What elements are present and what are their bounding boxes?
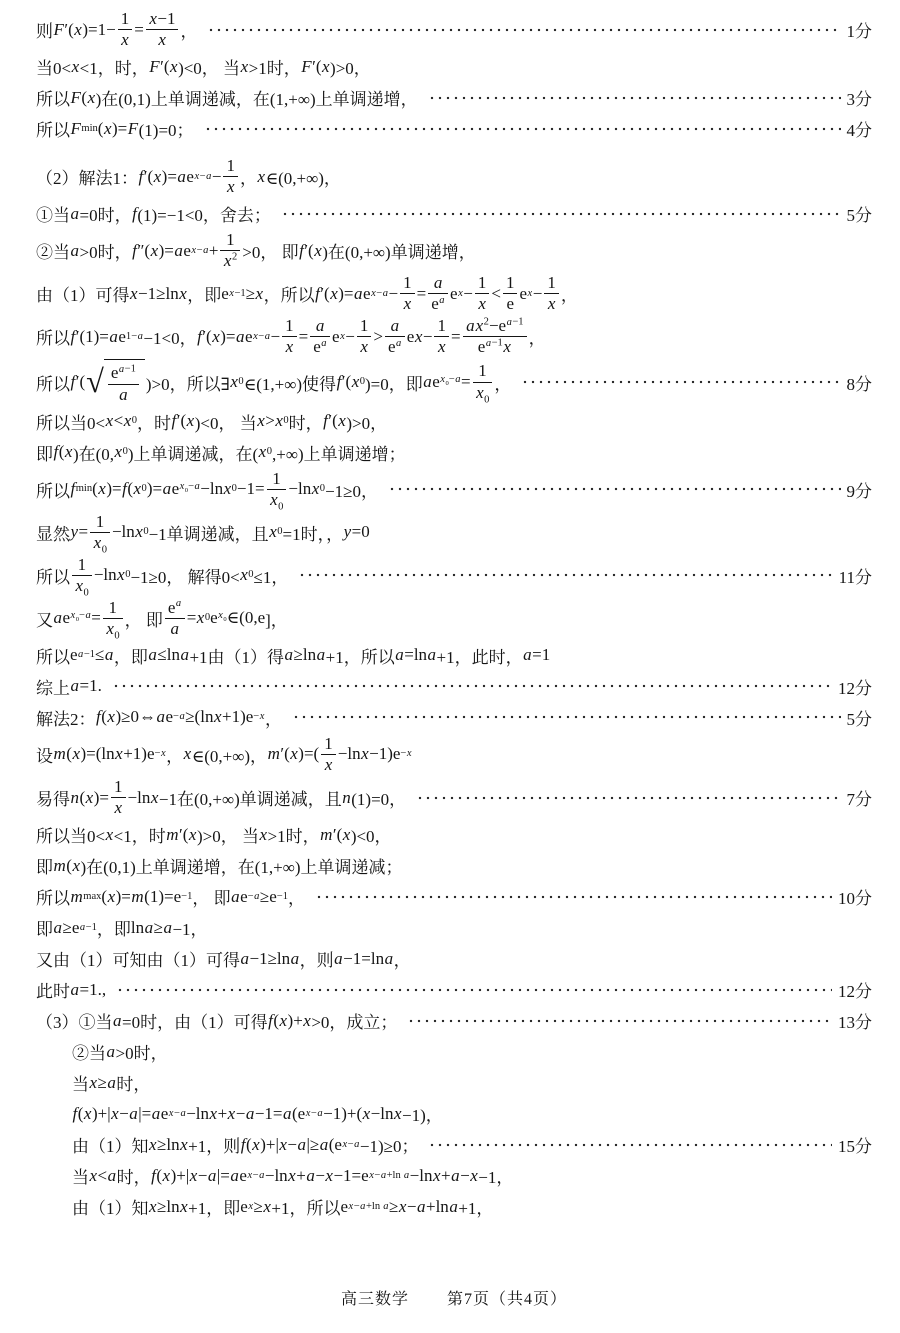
dotted-leader [428, 1135, 832, 1154]
math-content: 当x<a时， f(x)+|x−a|=aex−a−ln x+a−x−1=ex−a+… [72, 1163, 513, 1188]
solution-line: 此时a=1.,12分 [36, 975, 872, 1004]
footer-course-label: 高三数学 [341, 1286, 409, 1309]
math-content: 显然y=1x0−ln x0−1单调递减，且x0=1时，， y=0 [36, 512, 370, 553]
math-content: 综上a=1. [36, 674, 102, 699]
score-label: 1分 [847, 17, 873, 42]
dotted-leader [521, 373, 840, 392]
score-label: 12分 [838, 674, 872, 699]
math-content: ②当a>0时， [72, 1039, 168, 1064]
math-content: 解法2： f(x)≥0⇔ae−a≥(ln x+1)e−x， [36, 705, 282, 730]
solution-line: 又aex0−a=1x0， 即eaa=x0ex0∈(0,e]， [36, 598, 872, 639]
math-content: 由（1）知x≥ln x+1，即ex≥x+1，所以ex−a+ln a≥x−a+ln… [72, 1194, 493, 1219]
math-content: ②当a>0时， f″(x)=aex−a+1x2>0， 即f′(x)在(0,+∞)… [36, 230, 476, 271]
solution-line: 又由（1）可知由（1）可得a−1≥ln a，则a−1=ln a， [36, 944, 872, 973]
math-content: 又由（1）可知由（1）可得a−1≥ln a，则a−1=ln a， [36, 946, 411, 971]
math-content: 由（1）可得x−1≥ln x，即ex−1≥x，所以f′(x)=aex−a−1x=… [36, 273, 578, 314]
solution-line: （3）①当a=0时，由（1）可得f(x)+x>0，成立；13分 [36, 1006, 872, 1035]
dotted-leader [281, 204, 841, 223]
solution-line: 所以f′(√ea−1a)>0，所以∃x0∈(1,+∞)使得f′(x0)=0，即a… [36, 359, 872, 404]
solution-line: 当0<x<1，时， F′(x)<0， 当x>1时， F′(x)>0， [36, 52, 872, 81]
math-content: 所以当0<x<1，时m′(x)>0， 当x>1时， m′(x)<0， [36, 822, 392, 847]
dotted-leader [207, 20, 840, 39]
math-content: 即f(x)在(0,x0)上单调递减，在(x0,+∞)上单调递增； [36, 440, 406, 465]
solution-line: 由（1）知x≥ln x+1，即ex≥x+1，所以ex−a+ln a≥x−a+ln… [36, 1192, 872, 1221]
solution-line: 所以当0<x<1，时m′(x)>0， 当x>1时， m′(x)<0， [36, 820, 872, 849]
score-label: 3分 [847, 85, 873, 110]
dotted-leader [388, 480, 841, 499]
solution-line: 当x≥a时， [36, 1068, 872, 1097]
solution-line: （2）解法1： f′(x)=aex−a−1x， x∈(0,+∞)， [36, 156, 872, 197]
solution-line: 即a≥ea−1，即ln a≥a−1， [36, 913, 872, 942]
score-label: 9分 [847, 477, 873, 502]
math-content: 又aex0−a=1x0， 即eaa=x0ex0∈(0,e]， [36, 598, 288, 639]
solution-lines: 则F′(x)=1−1x=x−1x，1分当0<x<1，时， F′(x)<0， 当x… [36, 8, 872, 1222]
dotted-leader [407, 1011, 832, 1030]
score-label: 13分 [838, 1008, 872, 1033]
score-label: 12分 [838, 977, 872, 1002]
math-content: 即m(x)在(0,1)上单调递增，在(1,+∞)上单调递减； [36, 853, 403, 878]
math-content: 所以f′(√ea−1a)>0，所以∃x0∈(1,+∞)使得f′(x0)=0，即a… [36, 359, 511, 404]
solution-line: 所以fmin(x)=f(x0)=aex0−a−ln x0−1=1x0−ln x0… [36, 469, 872, 510]
math-content: f(x)+|x−a|=aex−a−ln x+x−a−1=a(ex−a−1)+(x… [72, 1101, 443, 1126]
dotted-leader [112, 677, 832, 696]
math-content: 所以f′(1)=ae1−a−1<0， f′(x)=aex−a−1x=aeaex−… [36, 316, 546, 357]
solution-line: 显然y=1x0−ln x0−1单调递减，且x0=1时，， y=0 [36, 512, 872, 553]
page-footer: 高三数学 第7页（共4页） [341, 1286, 567, 1309]
score-label: 4分 [847, 116, 873, 141]
math-content: 所以F(x)在(0,1)上单调递减，在(1,+∞)上单调递增， [36, 85, 418, 110]
math-content: 易得n(x)=1x−ln x−1在(0,+∞)单调递减，且n(1)=0， [36, 777, 406, 818]
solution-line: 所以mmax(x)=m(1)=e−1， 即ae−a≥e−1，10分 [36, 882, 872, 911]
solution-line: 所以f′(1)=ae1−a−1<0， f′(x)=aex−a−1x=aeaex−… [36, 316, 872, 357]
math-content: 所以1x0−ln x0−1≥0， 解得0<x0≤1， [36, 555, 288, 596]
solution-line: 所以ea−1≤a，即a≤ln a+1由（1）得a≥ln a+1，所以a=ln a… [36, 641, 872, 670]
solution-line: 综上a=1.12分 [36, 672, 872, 701]
dotted-leader [116, 980, 832, 999]
solution-line: 由（1）可得x−1≥ln x，即ex−1≥x，所以f′(x)=aex−a−1x=… [36, 273, 872, 314]
score-label: 10分 [838, 884, 872, 909]
dotted-leader [315, 887, 832, 906]
solution-line: 即f(x)在(0,x0)上单调递减，在(x0,+∞)上单调递增； [36, 438, 872, 467]
dotted-leader [298, 566, 832, 585]
math-content: ①当a=0时， f(1)=−1<0，舍去； [36, 201, 271, 226]
solution-line: 解法2： f(x)≥0⇔ae−a≥(ln x+1)e−x，5分 [36, 703, 872, 732]
answer-sheet: 则F′(x)=1−1x=x−1x，1分当0<x<1，时， F′(x)<0， 当x… [0, 0, 900, 1333]
dotted-leader [204, 119, 841, 138]
footer-page-number: 第7页（共4页） [447, 1286, 567, 1309]
math-content: 由（1）知x≥ln x+1，则f(x)+|x−a|≥a(ex−a−1)≥0； [72, 1132, 418, 1157]
math-content: （2）解法1： f′(x)=aex−a−1x， x∈(0,+∞)， [36, 156, 341, 197]
dotted-leader [428, 88, 841, 107]
solution-line: 即m(x)在(0,1)上单调递增，在(1,+∞)上单调递减； [36, 851, 872, 880]
dotted-leader [292, 708, 841, 727]
math-content: 此时a=1., [36, 977, 106, 1002]
solution-line: 则F′(x)=1−1x=x−1x，1分 [36, 9, 872, 50]
solution-line: 所以Fmin(x)=F(1)=0；4分 [36, 114, 872, 143]
solution-line: ①当a=0时， f(1)=−1<0，舍去；5分 [36, 199, 872, 228]
score-label: 5分 [847, 201, 873, 226]
dotted-leader [416, 788, 840, 807]
math-content: 所以fmin(x)=f(x0)=aex0−a−ln x0−1=1x0−ln x0… [36, 469, 378, 510]
solution-line: ②当a>0时， f″(x)=aex−a+1x2>0， 即f′(x)在(0,+∞)… [36, 230, 872, 271]
solution-line: 所以1x0−ln x0−1≥0， 解得0<x0≤1，11分 [36, 555, 872, 596]
score-label: 7分 [847, 785, 873, 810]
math-content: 所以Fmin(x)=F(1)=0； [36, 116, 194, 141]
math-content: 所以mmax(x)=m(1)=e−1， 即ae−a≥e−1， [36, 884, 305, 909]
math-content: 当0<x<1，时， F′(x)<0， 当x>1时， F′(x)>0， [36, 54, 371, 79]
solution-line: 易得n(x)=1x−ln x−1在(0,+∞)单调递减，且n(1)=0，7分 [36, 777, 872, 818]
score-label: 15分 [838, 1132, 872, 1157]
math-content: 则F′(x)=1−1x=x−1x， [36, 9, 197, 50]
score-label: 11分 [839, 563, 872, 588]
solution-line: 所以当0<x<x0，时f′(x)<0， 当x>x0时， f′(x)>0， [36, 407, 872, 436]
math-content: （3）①当a=0时，由（1）可得f(x)+x>0，成立； [36, 1008, 397, 1033]
math-content: 设m(x)=(ln x+1)e−x， x∈(0,+∞)， m′(x)=(1x−l… [36, 734, 412, 775]
score-label: 5分 [847, 705, 873, 730]
solution-line: f(x)+|x−a|=aex−a−ln x+x−a−1=a(ex−a−1)+(x… [36, 1099, 872, 1128]
solution-line: 设m(x)=(ln x+1)e−x， x∈(0,+∞)， m′(x)=(1x−l… [36, 734, 872, 775]
math-content: 所以ea−1≤a，即a≤ln a+1由（1）得a≥ln a+1，所以a=ln a… [36, 643, 550, 668]
math-content: 所以当0<x<x0，时f′(x)<0， 当x>x0时， f′(x)>0， [36, 409, 387, 434]
math-content: 当x≥a时， [72, 1070, 150, 1095]
math-content: 即a≥ea−1，即ln a≥a−1， [36, 915, 208, 940]
solution-line: 当x<a时， f(x)+|x−a|=aex−a−ln x+a−x−1=ex−a+… [36, 1161, 872, 1190]
solution-line: 由（1）知x≥ln x+1，则f(x)+|x−a|≥a(ex−a−1)≥0；15… [36, 1130, 872, 1159]
score-label: 8分 [847, 370, 873, 395]
solution-line: 所以F(x)在(0,1)上单调递减，在(1,+∞)上单调递增，3分 [36, 83, 872, 112]
solution-line: ②当a>0时， [36, 1037, 872, 1066]
